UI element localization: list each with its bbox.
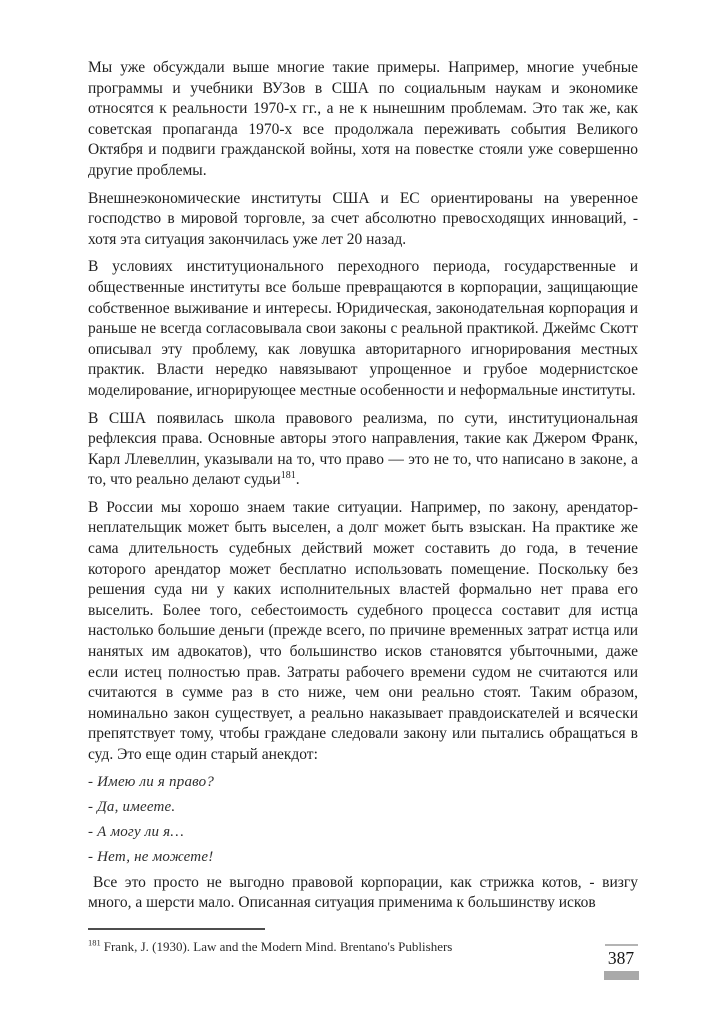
paragraph-foreign-economic-institutes: Внешнеэкономические институты США и ЕС о… [88,189,638,251]
page-number: 387 [603,946,639,970]
footnote-text: Frank, J. (1930). Law and the Modern Min… [104,939,453,954]
paragraph-examples: Мы уже обсуждали выше многие такие приме… [88,58,638,182]
paragraph-institutional-transition: В условиях институционального переходног… [88,257,638,401]
footnote-reference-mark: 181 [281,470,296,481]
page-content: Мы уже обсуждали выше многие такие приме… [0,0,725,914]
paragraph-conclusion: Все это просто не выгодно правовой корпо… [88,873,638,914]
dialogue-line-4: - Нет, не можете! [88,848,638,867]
book-page: Мы уже обсуждали выше многие такие приме… [0,0,725,1024]
footnote-marker: 181 [88,937,101,947]
paragraph-text: . [296,471,300,488]
dialogue-line-3: - А могу ли я… [88,823,638,842]
page-number-bottom-bar [604,971,639,980]
paragraph-text: В США появилась школа правового реализма… [88,410,638,489]
page-number-block: 387 [603,944,639,980]
paragraph-russia-situations: В России мы хорошо знаем такие ситуации.… [88,498,638,766]
dialogue-line-2: - Да, имеете. [88,798,638,817]
footnote-divider [88,928,265,930]
paragraph-legal-realism: В США появилась школа правового реализма… [88,409,638,491]
footnote: 181Frank, J. (1930). Law and the Modern … [88,938,638,955]
dialogue-line-1: - Имею ли я право? [88,773,638,792]
